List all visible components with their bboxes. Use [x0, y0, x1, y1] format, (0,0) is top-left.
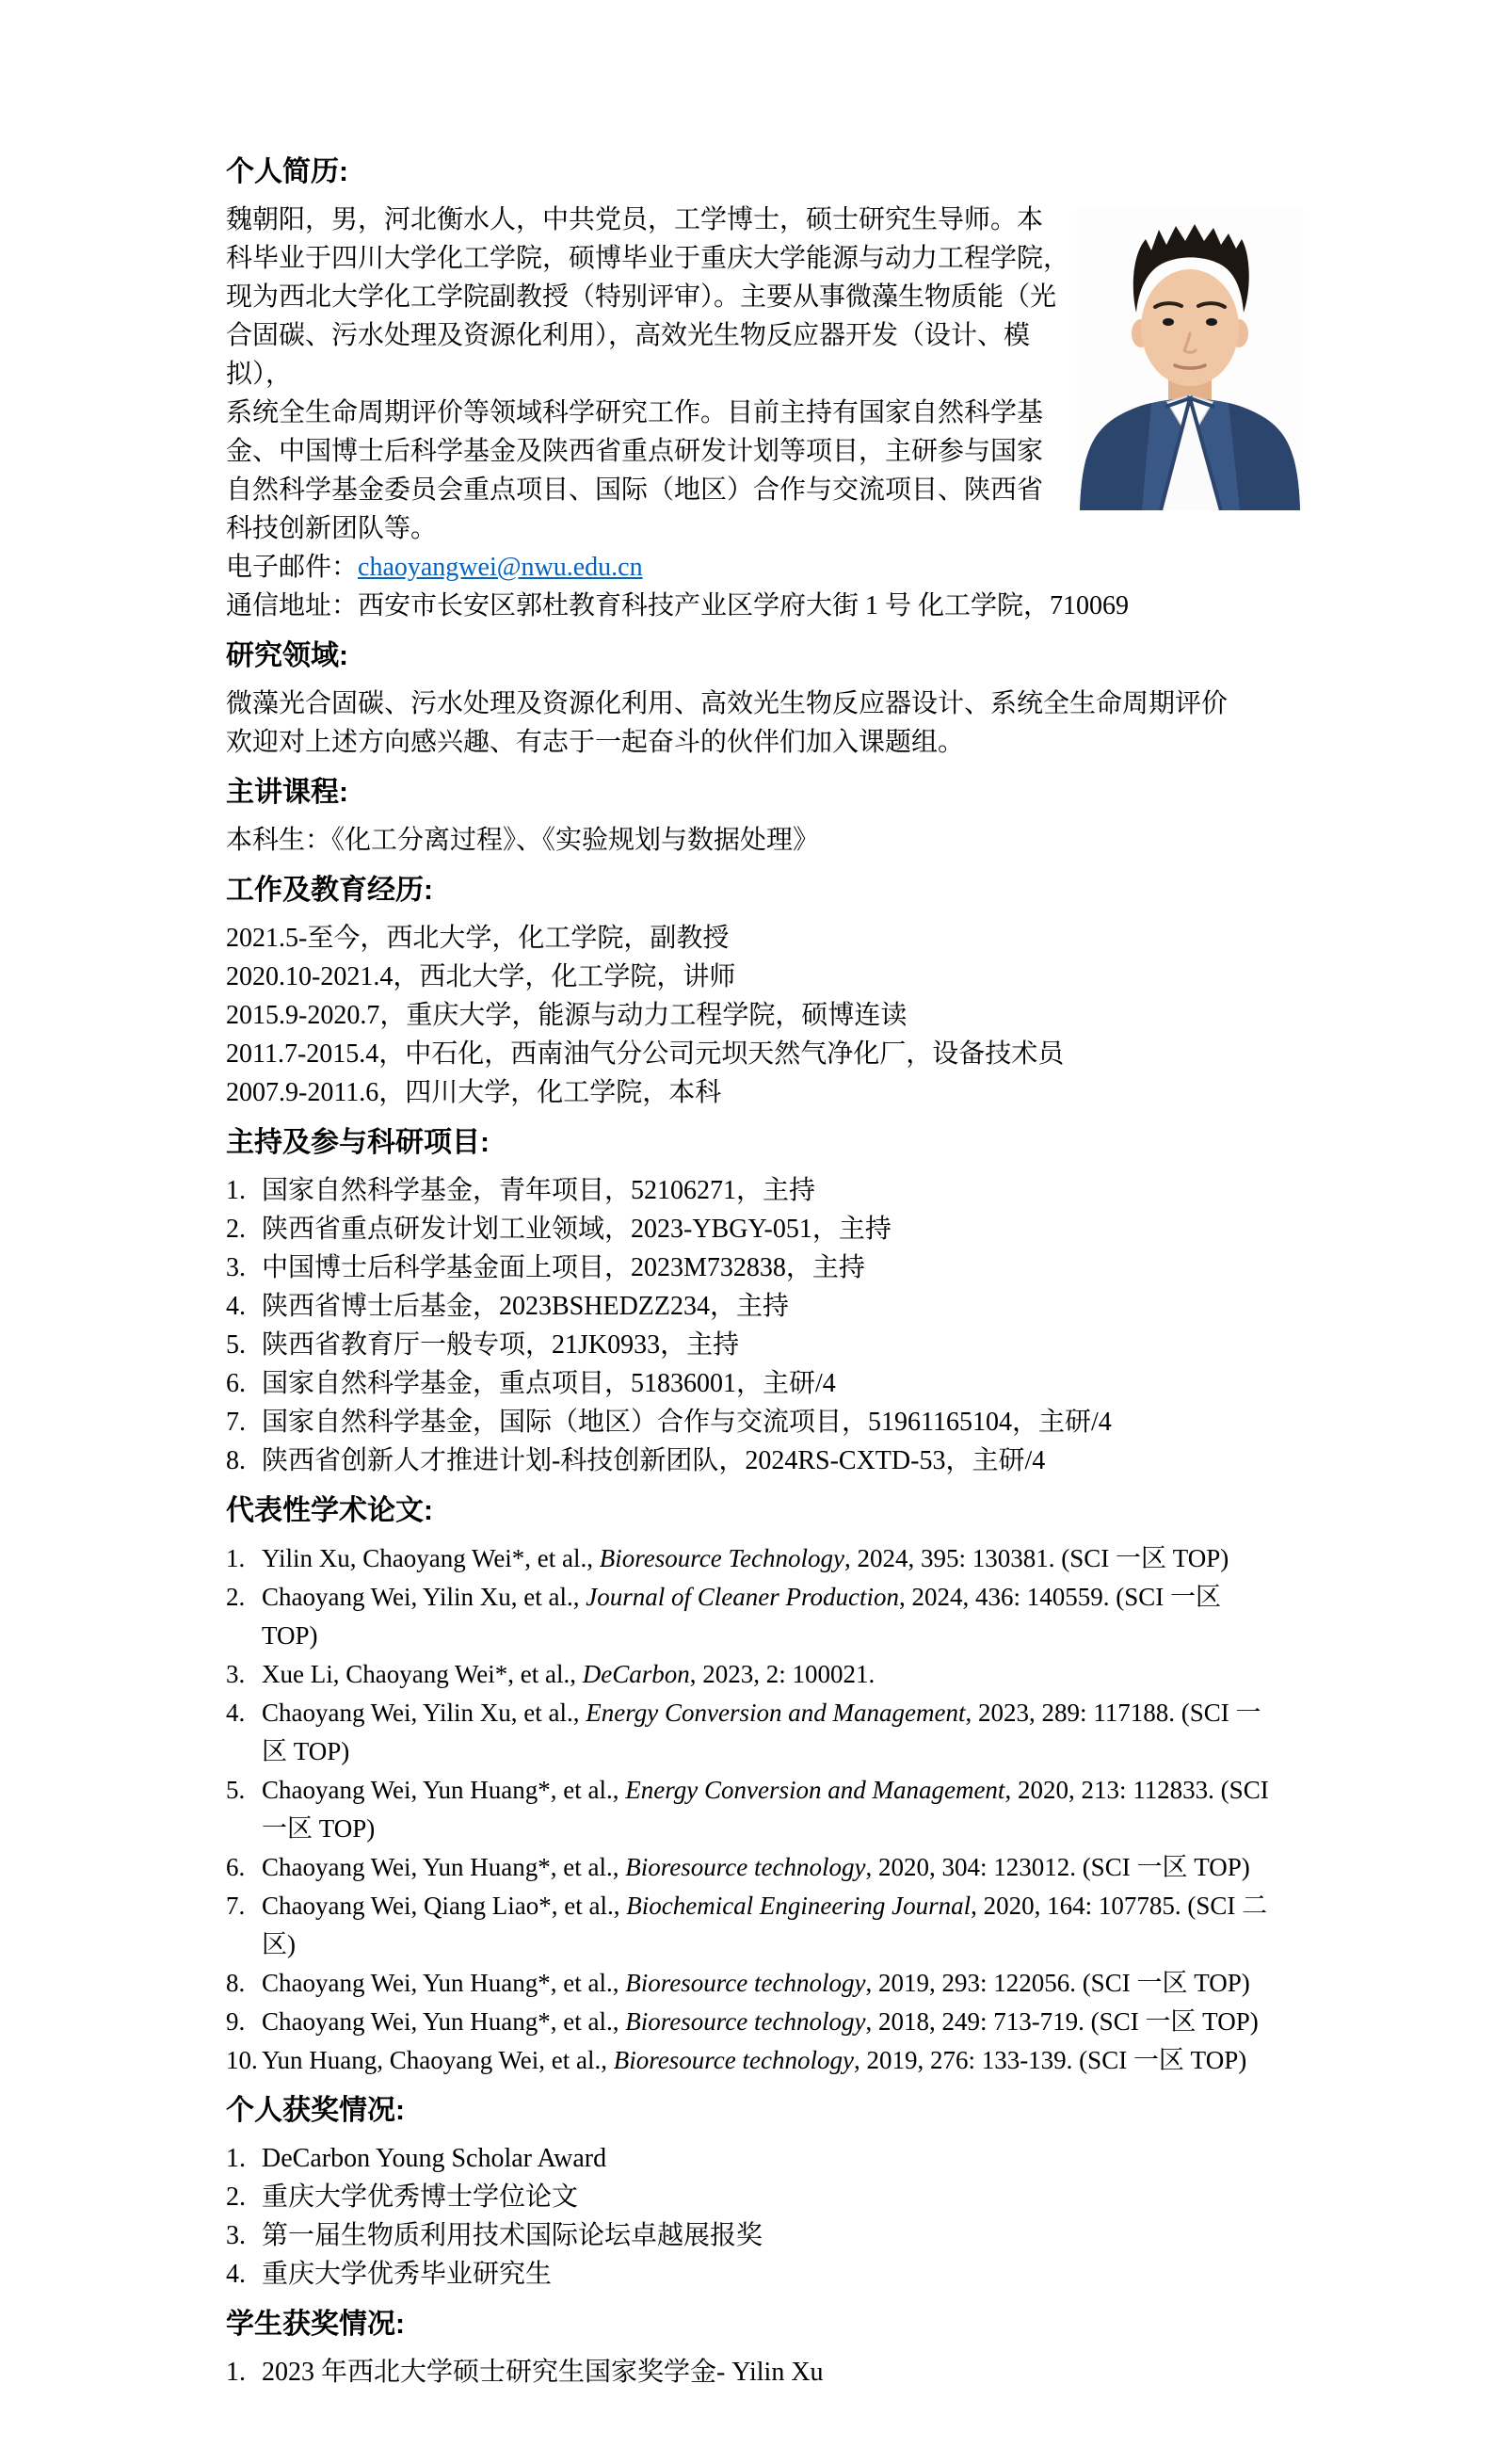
list-item: 7.Chaoyang Wei, Qiang Liao*, et al., Bio… — [226, 1887, 1278, 1964]
list-number: 1. — [226, 2139, 262, 2178]
projects-list: 1.国家自然科学基金，青年项目，52106271，主持2.陕西省重点研发计划工业… — [226, 1171, 1278, 1480]
list-item: 9.Chaoyang Wei, Yun Huang*, et al., Bior… — [226, 2003, 1278, 2041]
list-item: 2.Chaoyang Wei, Yilin Xu, et al., Journa… — [226, 1578, 1278, 1655]
list-text: Chaoyang Wei, Yun Huang*, et al., Biores… — [262, 1964, 1278, 2003]
list-number: 7. — [226, 1887, 262, 1925]
list-text: Chaoyang Wei, Yun Huang*, et al., Biores… — [262, 1848, 1278, 1887]
list-item: 1.国家自然科学基金，青年项目，52106271，主持 — [226, 1171, 1278, 1210]
courses-paragraph: 本科生：《化工分离过程》、《实验规划与数据处理》 — [226, 821, 1278, 860]
list-text: Chaoyang Wei, Yilin Xu, et al., Energy C… — [262, 1694, 1278, 1771]
list-text: Chaoyang Wei, Yun Huang*, et al., Energy… — [262, 1771, 1278, 1848]
list-number: 7. — [226, 1403, 262, 1441]
list-item: 1.2023 年西北大学硕士研究生国家奖学金- Yilin Xu — [226, 2353, 1278, 2392]
list-text: Yilin Xu, Chaoyang Wei*, et al., Bioreso… — [262, 1539, 1278, 1578]
intro-paragraph: 魏朝阳，男，河北衡水人，中共党员，工学博士，硕士研究生导师。本科毕业于四川大学化… — [226, 201, 1073, 548]
list-text: DeCarbon Young Scholar Award — [262, 2139, 1278, 2178]
list-number: 3. — [226, 2216, 262, 2255]
publications-list: 1.Yilin Xu, Chaoyang Wei*, et al., Biore… — [226, 1539, 1278, 2080]
list-text: 重庆大学优秀毕业研究生 — [262, 2255, 1278, 2294]
list-item: 2.重庆大学优秀博士学位论文 — [226, 2178, 1278, 2216]
list-item: 7.国家自然科学基金，国际（地区）合作与交流项目，51961165104，主研/… — [226, 1403, 1278, 1441]
list-text: 陕西省重点研发计划工业领域，2023-YBGY-051，主持 — [262, 1210, 1278, 1248]
section-title-research: 研究领域: — [226, 636, 1278, 675]
eye-left — [1163, 318, 1174, 326]
list-item: 2.陕西省重点研发计划工业领域，2023-YBGY-051，主持 — [226, 1210, 1278, 1248]
address-label: 通信地址： — [226, 591, 358, 620]
list-number: 4. — [226, 2255, 262, 2294]
list-text: 中国博士后科学基金面上项目，2023M732838，主持 — [262, 1248, 1278, 1287]
list-text: 国家自然科学基金，青年项目，52106271，主持 — [262, 1171, 1278, 1210]
list-text: Xue Li, Chaoyang Wei*, et al., DeCarbon,… — [262, 1655, 1278, 1694]
list-number: 4. — [226, 1694, 262, 1732]
list-text: 重庆大学优秀博士学位论文 — [262, 2178, 1278, 2216]
list-item: 4.重庆大学优秀毕业研究生 — [226, 2255, 1278, 2294]
profile-photo — [1076, 209, 1304, 510]
email-label: 电子邮件： — [226, 553, 358, 582]
experience-list: 2021.5-至今，西北大学，化工学院，副教授2020.10-2021.4，西北… — [226, 919, 1278, 1112]
resume-page: 个人简历: 魏朝阳，男，河北衡水人，中共党员，工学博士，硕士研究生导师。本科毕业… — [0, 0, 1494, 2464]
list-number: 2. — [226, 1578, 262, 1617]
list-item: 3.第一届生物质利用技术国际论坛卓越展报奖 — [226, 2216, 1278, 2255]
address-line: 通信地址：西安市长安区郭杜教育科技产业区学府大街 1 号 化工学院，710069 — [226, 587, 1278, 625]
list-text: Chaoyang Wei, Yun Huang*, et al., Biores… — [262, 2003, 1278, 2041]
list-item: 5.Chaoyang Wei, Yun Huang*, et al., Ener… — [226, 1771, 1278, 1848]
list-item: 4.Chaoyang Wei, Yilin Xu, et al., Energy… — [226, 1694, 1278, 1771]
list-number: 1. — [226, 1171, 262, 1210]
list-item: 6.Chaoyang Wei, Yun Huang*, et al., Bior… — [226, 1848, 1278, 1887]
list-item: 1.Yilin Xu, Chaoyang Wei*, et al., Biore… — [226, 1539, 1278, 1578]
research-paragraph: 微藻光合固碳、污水处理及资源化利用、高效光生物反应器设计、系统全生命周期评价欢迎… — [226, 684, 1278, 762]
list-text: 陕西省教育厅一般专项，21JK0933，主持 — [262, 1326, 1278, 1364]
list-item: 1.DeCarbon Young Scholar Award — [226, 2139, 1278, 2178]
section-title-courses: 主讲课程: — [226, 773, 1278, 812]
email-line: 电子邮件：chaoyangwei@nwu.edu.cn — [226, 548, 1278, 587]
list-number: 3. — [226, 1248, 262, 1287]
list-text: 国家自然科学基金，国际（地区）合作与交流项目，51961165104，主研/4 — [262, 1403, 1278, 1441]
list-item: 5.陕西省教育厅一般专项，21JK0933，主持 — [226, 1326, 1278, 1364]
list-number: 9. — [226, 2003, 262, 2041]
list-number: 2. — [226, 2178, 262, 2216]
list-text: Chaoyang Wei, Qiang Liao*, et al., Bioch… — [262, 1887, 1278, 1964]
list-item: 3.中国博士后科学基金面上项目，2023M732838，主持 — [226, 1248, 1278, 1287]
list-text: 国家自然科学基金，重点项目，51836001，主研/4 — [262, 1364, 1278, 1403]
personal-awards-list: 1.DeCarbon Young Scholar Award2.重庆大学优秀博士… — [226, 2139, 1278, 2294]
list-text: 第一届生物质利用技术国际论坛卓越展报奖 — [262, 2216, 1278, 2255]
list-text: 陕西省创新人才推进计划-科技创新团队，2024RS-CXTD-53，主研/4 — [262, 1441, 1278, 1480]
list-text: Chaoyang Wei, Yilin Xu, et al., Journal … — [262, 1578, 1278, 1655]
list-number: 3. — [226, 1655, 262, 1694]
list-number: 1. — [226, 1539, 262, 1578]
section-title-experience: 工作及教育经历: — [226, 871, 1278, 910]
section-title-publications: 代表性学术论文: — [226, 1491, 1278, 1530]
list-item: 10.Yun Huang, Chaoyang Wei, et al., Bior… — [226, 2041, 1278, 2080]
list-number: 10. — [226, 2041, 262, 2080]
list-text: 陕西省博士后基金，2023BSHEDZZ234，主持 — [262, 1287, 1278, 1326]
list-text: 2023 年西北大学硕士研究生国家奖学金- Yilin Xu — [262, 2353, 1278, 2392]
student-awards-list: 1.2023 年西北大学硕士研究生国家奖学金- Yilin Xu — [226, 2353, 1278, 2392]
list-number: 2. — [226, 1210, 262, 1248]
section-title-profile: 个人简历: — [226, 153, 1278, 191]
list-number: 5. — [226, 1326, 262, 1364]
list-number: 8. — [226, 1441, 262, 1480]
section-title-student-awards: 学生获奖情况: — [226, 2305, 1278, 2343]
list-item: 4.陕西省博士后基金，2023BSHEDZZ234，主持 — [226, 1287, 1278, 1326]
list-number: 6. — [226, 1364, 262, 1403]
list-text: Yun Huang, Chaoyang Wei, et al., Bioreso… — [262, 2041, 1278, 2080]
list-item: 8.Chaoyang Wei, Yun Huang*, et al., Bior… — [226, 1964, 1278, 2003]
list-item: 3.Xue Li, Chaoyang Wei*, et al., DeCarbo… — [226, 1655, 1278, 1694]
list-item: 6.国家自然科学基金，重点项目，51836001，主研/4 — [226, 1364, 1278, 1403]
email-link[interactable]: chaoyangwei@nwu.edu.cn — [358, 553, 643, 582]
list-number: 1. — [226, 2353, 262, 2392]
list-number: 5. — [226, 1771, 262, 1810]
list-number: 8. — [226, 1964, 262, 2003]
address-value: 西安市长安区郭杜教育科技产业区学府大街 1 号 化工学院，710069 — [358, 591, 1129, 620]
section-title-projects: 主持及参与科研项目: — [226, 1123, 1278, 1162]
list-item: 8.陕西省创新人才推进计划-科技创新团队，2024RS-CXTD-53，主研/4 — [226, 1441, 1278, 1480]
eye-right — [1206, 318, 1217, 326]
section-title-personal-awards: 个人获奖情况: — [226, 2091, 1278, 2130]
list-number: 4. — [226, 1287, 262, 1326]
list-number: 6. — [226, 1848, 262, 1887]
